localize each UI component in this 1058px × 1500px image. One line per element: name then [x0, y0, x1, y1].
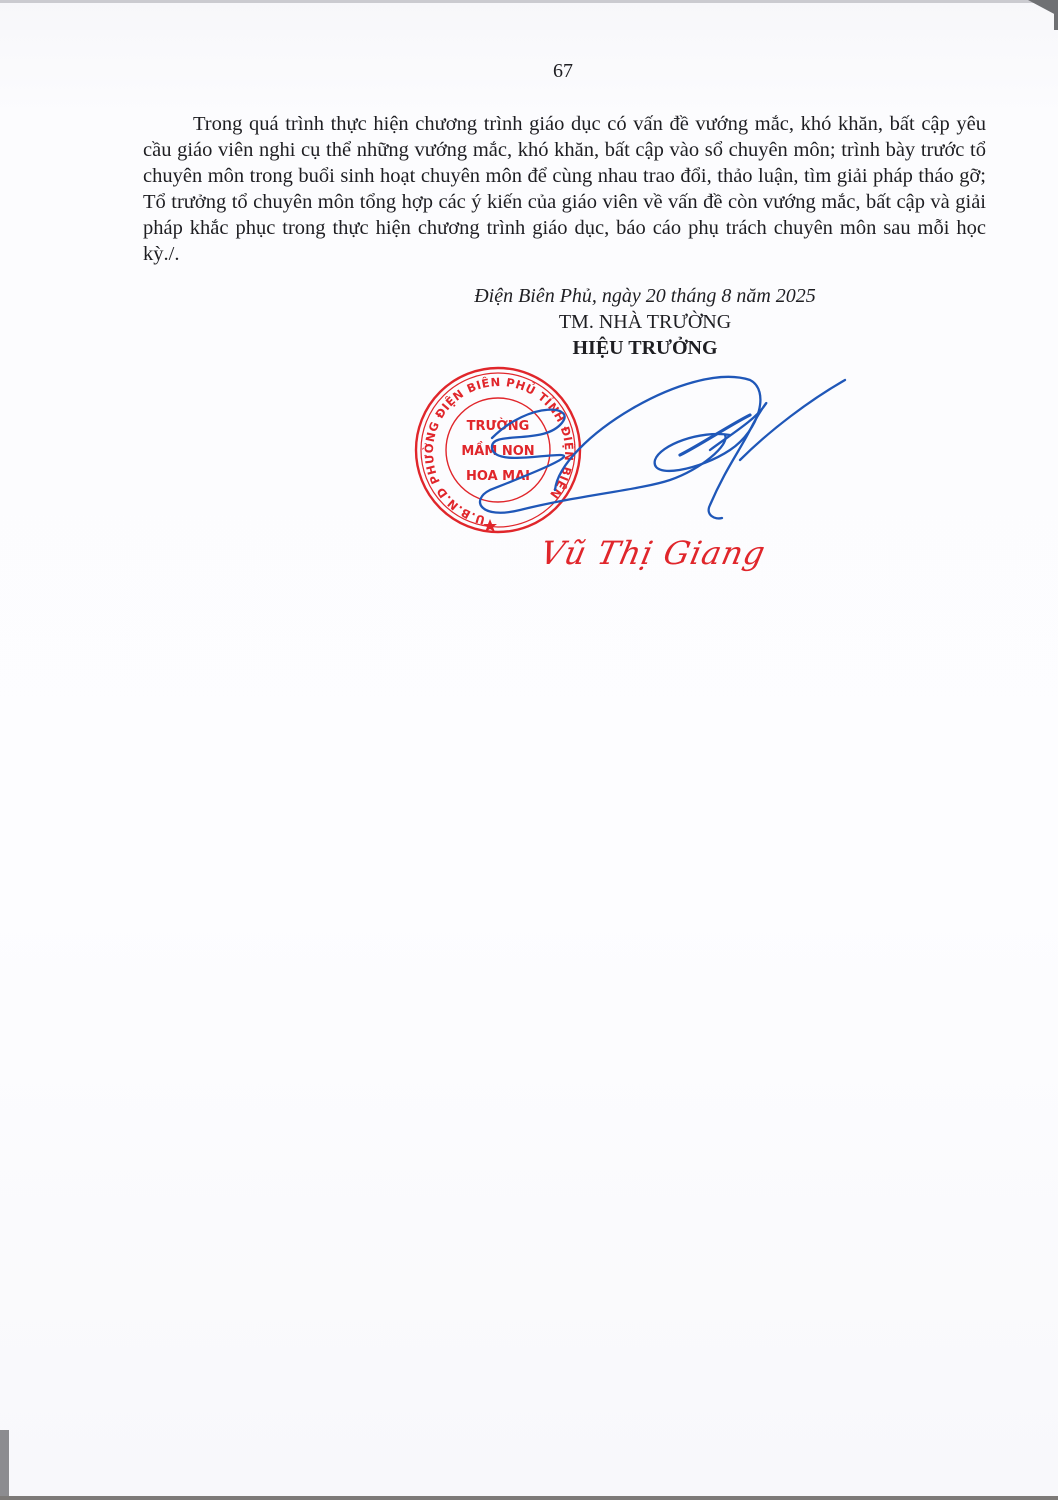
- signer-position: HIỆU TRƯỞNG: [420, 335, 870, 361]
- on-behalf-of: TM. NHÀ TRƯỜNG: [420, 309, 870, 335]
- scan-edge-left: [0, 1430, 9, 1500]
- document-page: 67 Trong quá trình thực hiện chương trìn…: [0, 0, 1058, 1500]
- folded-corner-edge: [1054, 0, 1058, 30]
- scan-edge-bottom: [0, 1496, 1058, 1500]
- page-number: 67: [0, 60, 1058, 83]
- signature-block: Điện Biên Phủ, ngày 20 tháng 8 năm 2025 …: [420, 283, 870, 361]
- signer-name: Vũ Thị Giang: [537, 534, 769, 572]
- stamp-and-signature: U.B.N.D PHƯỜNG ĐIỆN BIÊN PHỦ TỈNH ĐIỆN B…: [410, 360, 870, 540]
- place-date: Điện Biên Phủ, ngày 20 tháng 8 năm 2025: [420, 283, 870, 309]
- body-paragraph-block: Trong quá trình thực hiện chương trình g…: [143, 111, 986, 267]
- scan-edge-top: [0, 0, 1058, 3]
- official-stamp-icon: U.B.N.D PHƯỜNG ĐIỆN BIÊN PHỦ TỈNH ĐIỆN B…: [416, 368, 580, 532]
- stamp-line-3: HOA MAI: [466, 469, 530, 484]
- body-paragraph: Trong quá trình thực hiện chương trình g…: [143, 111, 986, 267]
